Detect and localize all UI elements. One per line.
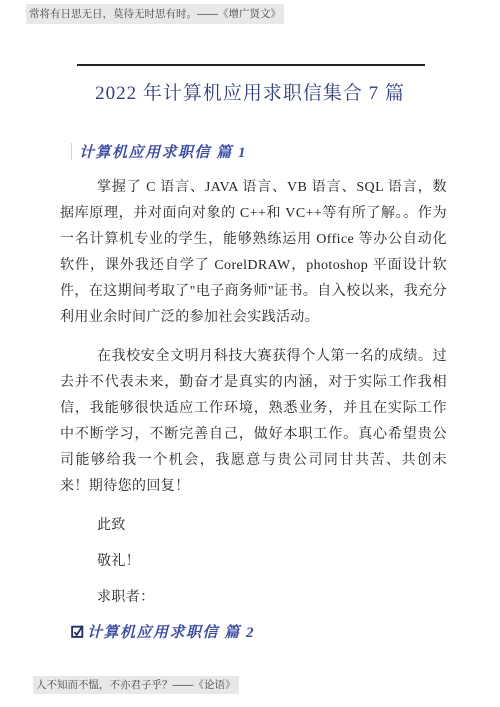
top-proverb-banner: 常将有日思无日，莫待无时思有时。——《增广贤文》 xyxy=(26,4,284,24)
heading-marker-bar xyxy=(71,143,72,160)
paragraph-2: 在我校安全文明月科技大赛获得个人第一名的成绩。过去并不代表未来，勤奋才是真实的内… xyxy=(60,344,447,500)
paragraph-1: 掌握了 C 语言、JAVA 语言、VB 语言、SQL 语言，数据库原理，并对面向… xyxy=(60,175,447,331)
title-divider-line xyxy=(77,64,425,66)
closing-applicant: 求职者： xyxy=(60,585,447,611)
bottom-proverb-banner: 人不知而不愠，不亦君子乎？——《论语》 xyxy=(33,676,239,694)
section-heading-1-label: 计算机应用求职信 篇 1 xyxy=(79,141,247,162)
document-page: 常将有日思无日，莫待无时思有时。——《增广贤文》 2022 年计算机应用求职信集… xyxy=(0,0,500,707)
checkbox-checked-icon xyxy=(71,625,84,638)
section-heading-2-label: 计算机应用求职信 篇 2 xyxy=(87,621,255,642)
page-title: 2022 年计算机应用求职信集合 7 篇 xyxy=(0,78,500,105)
section-heading-2[interactable]: 计算机应用求职信 篇 2 xyxy=(71,621,447,642)
document-body: 计算机应用求职信 篇 1 掌握了 C 语言、JAVA 语言、VB 语言、SQL … xyxy=(60,141,447,642)
closing-salute: 敬礼！ xyxy=(60,549,447,575)
closing-cizhi: 此致 xyxy=(60,513,447,539)
section-heading-1[interactable]: 计算机应用求职信 篇 1 xyxy=(71,141,447,162)
